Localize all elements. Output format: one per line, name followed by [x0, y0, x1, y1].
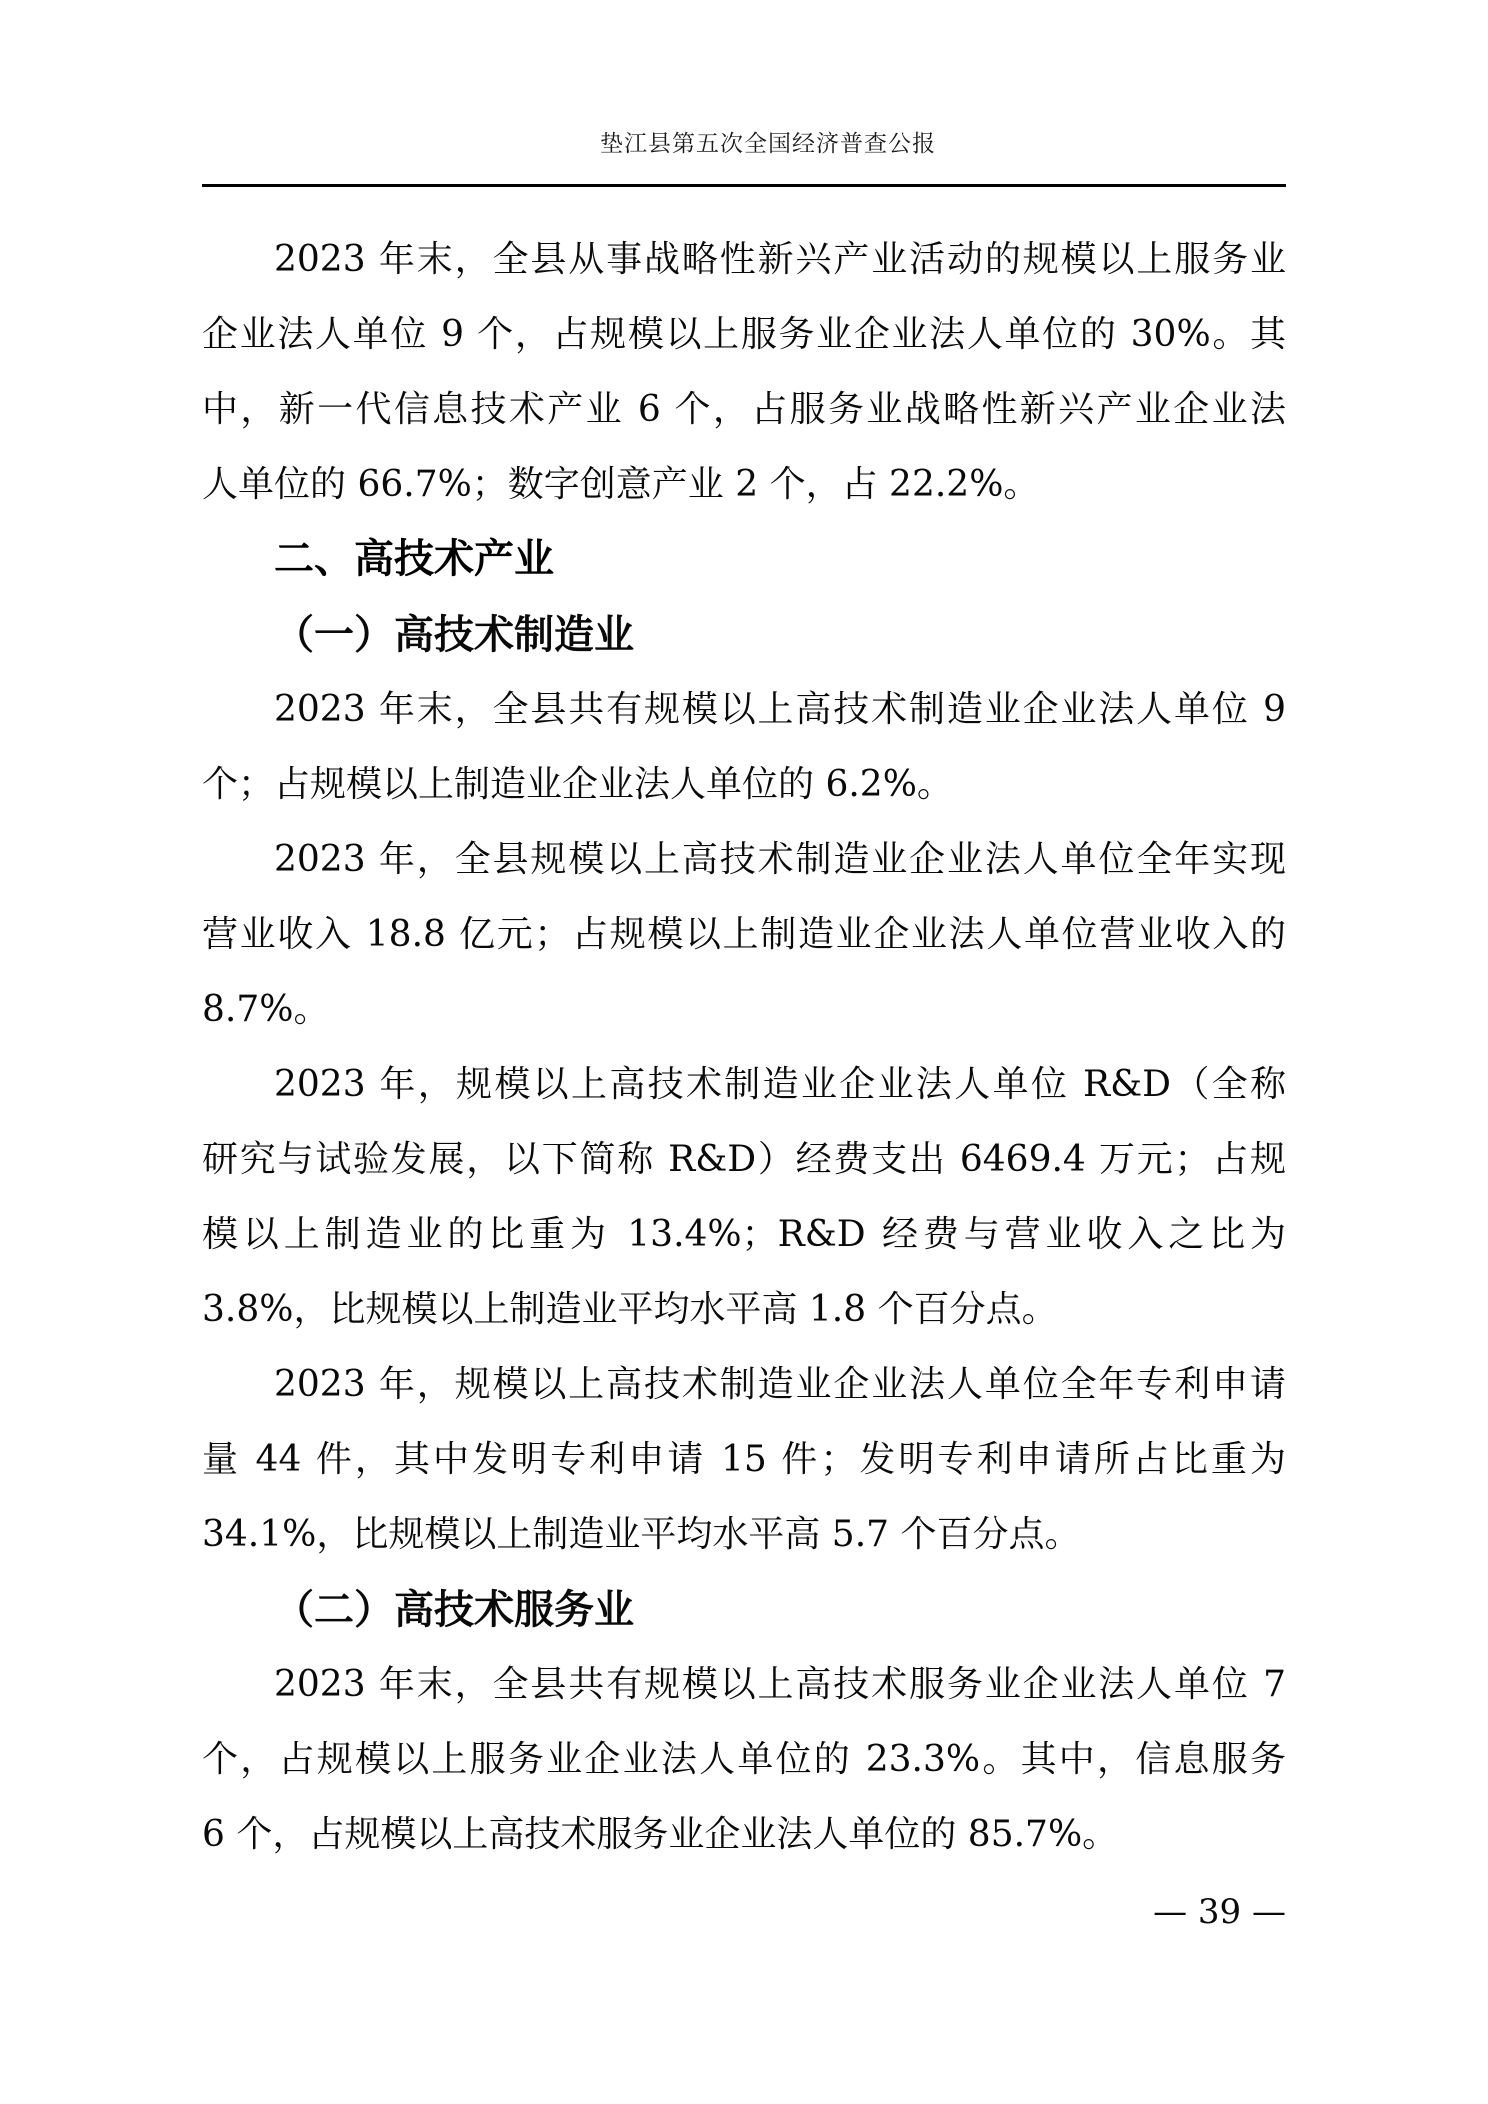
paragraph-line: 人单位的 66.7%；数字创意产业 2 个，占 22.2%。: [202, 447, 1286, 522]
section-heading: 二、高技术产业: [202, 522, 1286, 597]
subsection-heading: （二）高技术服务业: [202, 1572, 1286, 1647]
paragraph-line: 量 44 件，其中发明专利申请 15 件；发明专利申请所占比重为: [202, 1422, 1286, 1497]
paragraph-line: 2023 年末，全县共有规模以上高技术制造业企业法人单位 9: [202, 672, 1286, 747]
paragraph-line: 中，新一代信息技术产业 6 个，占服务业战略性新兴产业企业法: [202, 372, 1286, 447]
paragraph-line: 个，占规模以上服务业企业法人单位的 23.3%。其中，信息服务: [202, 1722, 1286, 1797]
page-number: — 39 —: [1153, 1889, 1286, 1935]
paragraph-line: 个；占规模以上制造业企业法人单位的 6.2%。: [202, 747, 1286, 822]
paragraph-line: 6 个，占规模以上高技术服务业企业法人单位的 85.7%。: [202, 1797, 1286, 1872]
paragraph-line: 8.7%。: [202, 972, 1286, 1047]
paragraph-line: 企业法人单位 9 个，占规模以上服务业企业法人单位的 30%。其: [202, 297, 1286, 372]
paragraph-line: 2023 年，规模以上高技术制造业企业法人单位全年专利申请: [202, 1347, 1286, 1422]
paragraph-line: 2023 年，规模以上高技术制造业企业法人单位 R&D（全称: [202, 1047, 1286, 1122]
header-rule: [202, 184, 1286, 187]
page-header-title: 垫江县第五次全国经济普查公报: [226, 127, 1310, 161]
paragraph-line: 2023 年末，全县共有规模以上高技术服务业企业法人单位 7: [202, 1647, 1286, 1722]
paragraph-line: 2023 年，全县规模以上高技术制造业企业法人单位全年实现: [202, 822, 1286, 897]
paragraph-line: 营业收入 18.8 亿元；占规模以上制造业企业法人单位营业收入的: [202, 897, 1286, 972]
paragraph-line: 研究与试验发展，以下简称 R&D）经费支出 6469.4 万元；占规: [202, 1122, 1286, 1197]
document-page: 垫江县第五次全国经济普查公报 2023 年末，全县从事战略性新兴产业活动的规模以…: [0, 0, 1488, 2104]
paragraph-line: 3.8%，比规模以上制造业平均水平高 1.8 个百分点。: [202, 1272, 1286, 1347]
paragraph-line: 2023 年末，全县从事战略性新兴产业活动的规模以上服务业: [202, 222, 1286, 297]
document-body: 2023 年末，全县从事战略性新兴产业活动的规模以上服务业企业法人单位 9 个，…: [202, 222, 1286, 1872]
paragraph-line: 34.1%，比规模以上制造业平均水平高 5.7 个百分点。: [202, 1497, 1286, 1572]
paragraph-line: 模以上制造业的比重为 13.4%；R&D 经费与营业收入之比为: [202, 1197, 1286, 1272]
subsection-heading: （一）高技术制造业: [202, 597, 1286, 672]
